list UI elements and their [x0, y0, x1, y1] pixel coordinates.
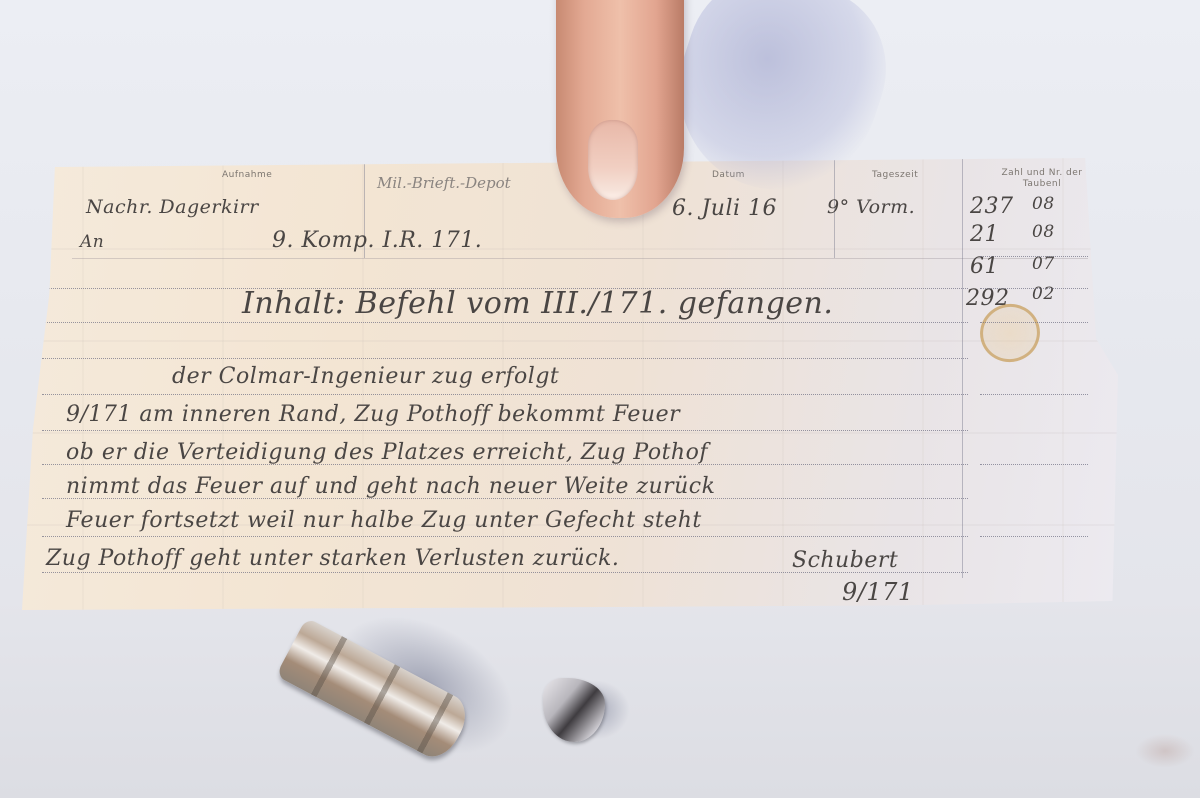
body-line-4: ob er die Verteidigung des Platzes errei… [66, 440, 708, 465]
ruled-line [980, 256, 1088, 257]
ruled-line [980, 536, 1088, 537]
ruled-line [980, 464, 1088, 465]
count-right-2: 08 [1032, 222, 1055, 242]
ruled-line [42, 322, 968, 323]
ruled-line [980, 322, 1088, 323]
ruled-line [980, 394, 1088, 395]
header-label-sender: Aufnahme [222, 170, 272, 180]
signature: Schubert [792, 548, 898, 573]
message-note: Aufnahme Datum Tageszeit Zahl und Nr. de… [22, 158, 1118, 610]
body-line-3: 9/171 am inneren Rand, Zug Pothoff bekom… [66, 402, 680, 427]
pointing-finger [556, 0, 684, 218]
body-line-6: Feuer fortsetzt weil nur halbe Zug unter… [66, 508, 702, 533]
count-right-1: 08 [1032, 194, 1055, 214]
count-left-1: 237 [970, 194, 1014, 219]
body-line-2: der Colmar-Ingenieur zug erfolgt [172, 364, 559, 389]
printed-station: Mil.-Brieft.-Depot [377, 174, 511, 192]
count-right-4: 02 [1032, 284, 1055, 304]
sender-line-1: Nachr. Dagerkirr [86, 196, 259, 218]
body-line-7: Zug Pothoff geht unter starken Verlusten… [46, 546, 619, 571]
ruled-line [42, 394, 968, 395]
sender-line-2: An [80, 232, 104, 252]
photo-scene: Aufnahme Datum Tageszeit Zahl und Nr. de… [0, 0, 1200, 798]
count-column-divider [962, 158, 963, 578]
surface-blot [1135, 734, 1195, 768]
unit-line: 9. Komp. I.R. 171. [272, 228, 482, 253]
date-value: 6. Juli 16 [672, 196, 777, 221]
count-left-3: 61 [970, 254, 999, 279]
signature-unit: 9/171 [842, 578, 914, 606]
ruled-line [42, 358, 968, 359]
time-value: 9° Vorm. [827, 196, 915, 218]
header-label-count: Zahl und Nr. der Taubenl [992, 168, 1092, 190]
header-label-time: Tageszeit [872, 170, 918, 180]
count-right-3: 07 [1032, 254, 1055, 274]
body-line-1: Inhalt: Befehl vom III./171. gefangen. [242, 286, 833, 321]
ruled-line [980, 288, 1088, 289]
fingernail [588, 120, 638, 200]
body-line-5: nimmt das Feuer auf und geht nach neuer … [66, 474, 715, 499]
ruled-line [42, 536, 968, 537]
ruled-line [42, 430, 968, 431]
count-left-2: 21 [970, 222, 999, 247]
